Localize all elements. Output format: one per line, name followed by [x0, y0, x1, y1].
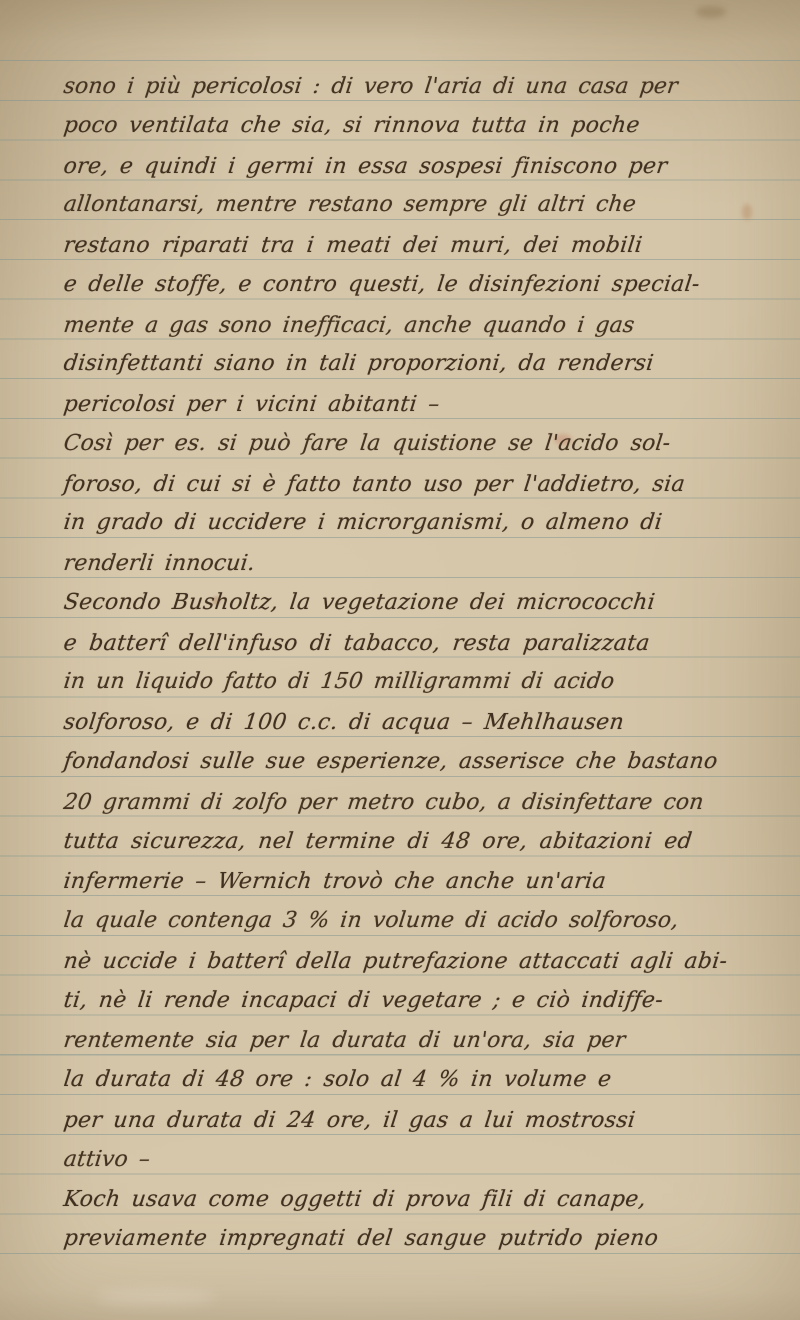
manuscript-line: e batterî dell'infuso di tabacco, resta … — [0, 617, 800, 657]
manuscript-line: renderli innocui. — [0, 537, 800, 577]
manuscript-line: in un liquido fatto di 150 milligrammi d… — [0, 655, 800, 695]
manuscript-line: tutta sicurezza, nel termine di 48 ore, … — [0, 815, 800, 855]
manuscript-line: e delle stoffe, e contro questi, le disi… — [0, 258, 800, 298]
manuscript-line: attivo – — [0, 1133, 800, 1173]
manuscript-line: Così per es. si può fare la quistione se… — [0, 417, 800, 457]
manuscript-line: previamente impregnati del sangue putrid… — [0, 1212, 800, 1252]
manuscript-line: in grado di uccidere i microrganismi, o … — [0, 496, 800, 536]
manuscript-line: restano riparati tra i meati dei muri, d… — [0, 219, 800, 259]
manuscript-line: la durata di 48 ore : solo al 4 % in vol… — [0, 1053, 800, 1093]
manuscript-line: Koch usava come oggetti di prova fili di… — [0, 1173, 800, 1213]
manuscript-line: Secondo Busholtz, la vegetazione dei mic… — [0, 576, 800, 616]
manuscript-line: foroso, di cui si è fatto tanto uso per … — [0, 458, 800, 498]
manuscript-line: ti, nè li rende incapaci di vegetare ; e… — [0, 974, 800, 1014]
paper-stain — [696, 6, 726, 18]
manuscript-line: disinfettanti siano in tali proporzioni,… — [0, 337, 800, 377]
manuscript-line: ore, e quindi i germi in essa sospesi fi… — [0, 140, 800, 180]
manuscript-line: allontanarsi, mentre restano sempre gli … — [0, 178, 800, 218]
manuscript-line: mente a gas sono inefficaci, anche quand… — [0, 299, 800, 339]
manuscript-line: poco ventilata che sia, si rinnova tutta… — [0, 99, 800, 139]
manuscript-line: per una durata di 24 ore, il gas a lui m… — [0, 1094, 800, 1134]
manuscript-text: sono i più pericolosi : di vero l'aria d… — [0, 60, 800, 1253]
manuscript-line: infermerie – Wernich trovò che anche un'… — [0, 855, 800, 895]
manuscript-line: la quale contenga 3 % in volume di acido… — [0, 894, 800, 934]
manuscript-line: fondandosi sulle sue esperienze, asseris… — [0, 735, 800, 775]
manuscript-line: solforoso, e di 100 c.c. di acqua – Mehl… — [0, 696, 800, 736]
manuscript-line: 20 grammi di zolfo per metro cubo, a dis… — [0, 776, 800, 816]
manuscript-line: sono i più pericolosi : di vero l'aria d… — [0, 60, 800, 100]
manuscript-line: pericolosi per i vicini abitanti – — [0, 378, 800, 418]
paper-stain — [96, 1288, 216, 1306]
manuscript-page: sono i più pericolosi : di vero l'aria d… — [0, 0, 800, 1320]
manuscript-line: nè uccide i batterî della putrefazione a… — [0, 935, 800, 975]
manuscript-line: rentemente sia per la durata di un'ora, … — [0, 1014, 800, 1054]
